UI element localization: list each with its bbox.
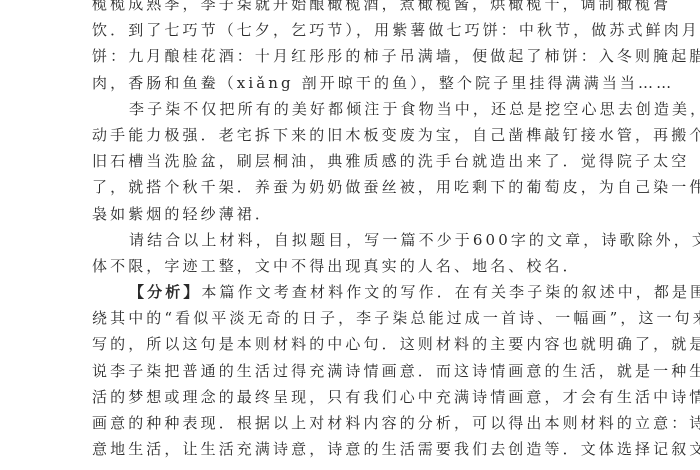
text-line: 旧石槽当洗脸盆，刷层桐油，典雅质感的洗手台就造出来了．觉得院子太空 [92,148,610,174]
text-line: 了，就搭个秋千架．养蚕为奶奶做蚕丝被，用吃剩下的葡萄皮，为自己染一件 [92,174,610,200]
text-line: 写的，所以这句是本则材料的中心句．这则材料的主要内容也就明确了，就是 [92,331,610,357]
document-page: 榄榄成熟季，李子柒就开始酿橄榄酒，煮橄榄酱，烘橄榄干，调制橄榄膏 饮．到了七巧节… [0,0,700,470]
text-line: 绕其中的“看似平淡无奇的日子，李子柒总能过成一首诗、一幅画”，这一句来 [92,305,610,331]
text-line: 体不限，字迹工整，文中不得出现真实的人名、地名、校名． [92,253,610,279]
text-line: 意地生活，让生活充满诗意，诗意的生活需要我们去创造等．文体选择记叙文 [92,436,610,462]
text-line: 李子柒不仅把所有的美好都倾注于食物当中，还总是挖空心思去创造美， [92,96,610,122]
analysis-first-line: 【分析】本篇作文考查材料作文的写作．在有关李子柒的叙述中，都是围 [92,279,610,305]
text-line: 肉，香肠和鱼鲞（xiǎng 剖开晾干的鱼），整个院子里挂得满满当当…… [92,70,610,96]
text-line: 活的梦想或理念的最终呈现，只有我们心中充满诗情画意，才会有生活中诗情 [92,384,610,410]
text-line: 动手能力极强．老宅拆下来的旧木板变废为宝，自己凿榫敲钉接水管，再搬个 [92,122,610,148]
text-line: 饼：九月酿桂花酒：十月红彤彤的柿子吊满墙，便做起了柿饼：入冬则腌起腊 [92,43,610,69]
text-line: 说李子柒把普通的生活过得充满诗情画意．而这诗情画意的生活，就是一种生 [92,358,610,384]
text-line: 请结合以上材料，自拟题目，写一篇不少于600字的文章，诗歌除外，文 [92,227,610,253]
text-line: 榄榄成熟季，李子柒就开始酿橄榄酒，煮橄榄酱，烘橄榄干，调制橄榄膏 [92,0,610,17]
text-line: 画意的种种表现．根据以上对材料内容的分析，可以得出本则材料的立意：诗 [92,410,610,436]
text-line: 袅如紫烟的轻纱薄裙． [92,201,610,227]
analysis-label: 【分析】 [129,283,201,301]
text-fragment: 本篇作文考查材料作文的写作．在有关李子柒的叙述中，都是围 [201,283,700,301]
document-body: 榄榄成熟季，李子柒就开始酿橄榄酒，煮橄榄酱，烘橄榄干，调制橄榄膏 饮．到了七巧节… [92,0,610,462]
text-line: 饮．到了七巧节（七夕，乞巧节），用紫薯做七巧饼：中秋节，做苏式鲜肉月 [92,17,610,43]
